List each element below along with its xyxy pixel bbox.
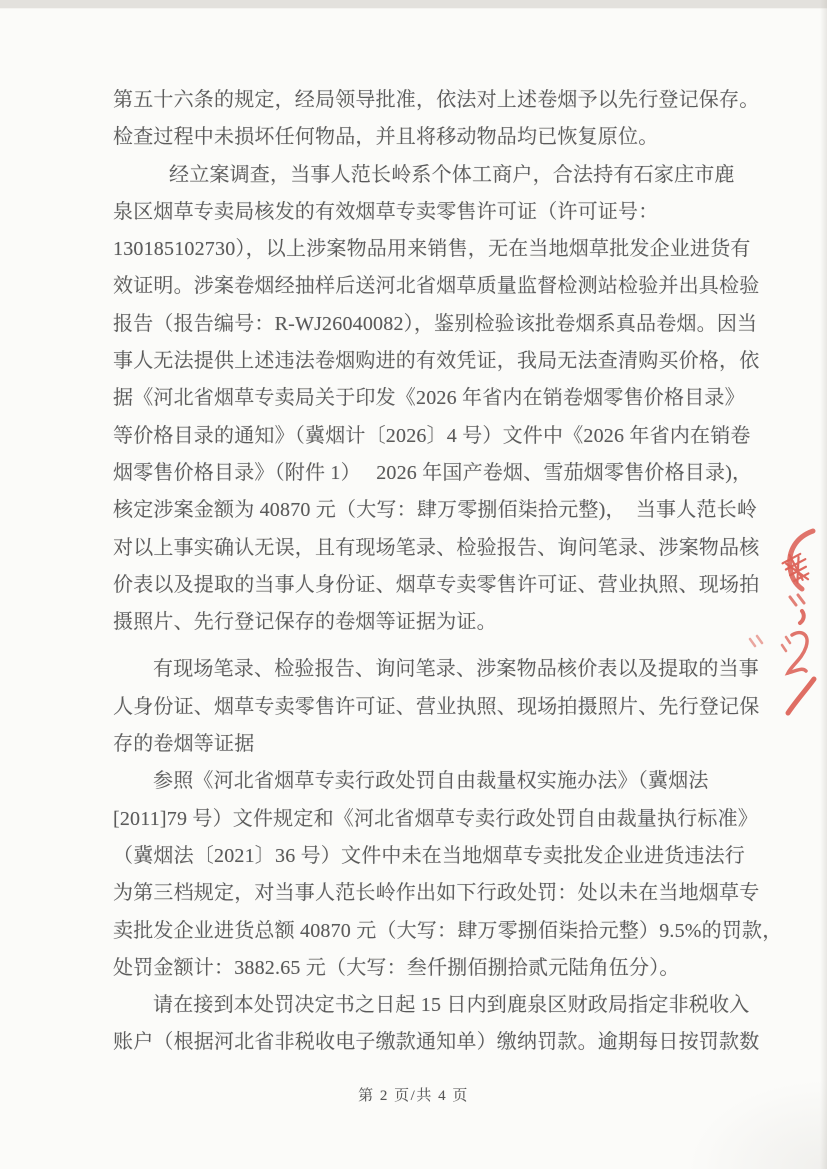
official-seal-fragment-icon [740,515,827,725]
scan-top-edge [0,0,827,9]
text-line: 处罚金额计：3882.65 元（大写：叁仟捌佰捌拾贰元陆角伍分）。 [113,950,761,987]
text-line: 存的卷烟等证据 [113,726,761,763]
text-line: 有现场笔录、检验报告、询问笔录、涉案物品核价表以及提取的当事 [113,651,761,688]
document-text: 第五十六条的规定，经局领导批准，依法对上述卷烟予以先行登记保存。检查过程中未损坏… [113,82,761,1062]
text-line: 等价格目录的通知》（冀烟计〔2026〕4 号）文件中《2026 年省内在销卷 [113,418,761,455]
seal-comma [800,611,804,623]
seal-quote-ticks [790,595,804,605]
text-line: 报告（报告编号：R-WJ26040082），鉴别检验该批卷烟系真品卷烟。因当 [113,306,761,343]
text-line: 人身份证、烟草专卖零售许可证、营业执照、现场拍摄照片、先行登记保 [113,689,761,726]
text-line: 效证明。涉案卷烟经抽样后送河北省烟草质量监督检测站检验并出具检验 [113,268,761,305]
text-line: 第五十六条的规定，经局领导批准，依法对上述卷烟予以先行登记保存。 [113,82,761,119]
text-line: 经立案调查，当事人范长岭系个体工商户，合法持有石家庄市鹿 [113,157,761,194]
text-line: 130185102730），以上涉案物品用来销售，无在当地烟草批发企业进货有 [113,231,761,268]
text-line: [2011]79 号）文件规定和《河北省烟草专卖行政处罚自由裁量执行标准》 [113,801,761,838]
text-line: 事人无法提供上述违法卷烟购进的有效凭证，我局无法查清购买价格，依 [113,343,761,380]
text-line: 泉区烟草专卖局核发的有效烟草专卖零售许可证（许可证号： [113,194,761,231]
scanned-document-page: 第五十六条的规定，经局领导批准，依法对上述卷烟予以先行登记保存。检查过程中未损坏… [0,0,827,1169]
text-line: 烟零售价格目录》（附件 1） 2026 年国产卷烟、雪茄烟零售价格目录)， [113,455,761,492]
text-line: 摄照片、先行登记保存的卷烟等证据为证。 [113,604,761,641]
text-line: 检查过程中未损坏任何物品，并且将移动物品均已恢复原位。 [113,119,761,156]
text-line: （冀烟法〔2021〕36 号）文件中未在当地烟草专卖批发企业进货违法行 [113,838,761,875]
text-line: 参照《河北省烟草专卖行政处罚自由裁量权实施办法》（冀烟法 [113,763,761,800]
text-line: 为第三档规定，对当事人范长岭作出如下行政处罚：处以未在当地烟草专 [113,875,761,912]
text-line: 请在接到本处罚决定书之日起 15 日内到鹿泉区财政局指定非税收入 [113,987,761,1024]
seal-character-fragment [781,549,815,586]
seal-border-slash [788,679,814,713]
seal-dots [782,637,790,651]
text-line: 卖批发企业进货总额 40870 元（大写：肆万零捌佰柒拾元整）9.5%的罚款， [113,913,761,950]
seal-left-ticks [750,636,762,646]
text-line: 对以上事实确认无误，且有现场笔录、检验报告、询问笔录、涉案物品核 [113,530,761,567]
page-footer: 第 2 页/共 4 页 [0,1084,827,1105]
seal-squiggle [788,633,807,673]
text-line: 价表以及提取的当事人身份证、烟草专卖零售许可证、营业执照、现场拍 [113,567,761,604]
text-line: 核定涉案金额为 40870 元（大写：肆万零捌佰柒拾元整)， 当事人范长岭 [113,492,761,529]
text-line: 据《河北省烟草专卖局关于印发《2026 年省内在销卷烟零售价格目录》 [113,380,761,417]
text-line: 账户（根据河北省非税收电子缴款通知单）缴纳罚款。逾期每日按罚款数 [113,1024,761,1061]
